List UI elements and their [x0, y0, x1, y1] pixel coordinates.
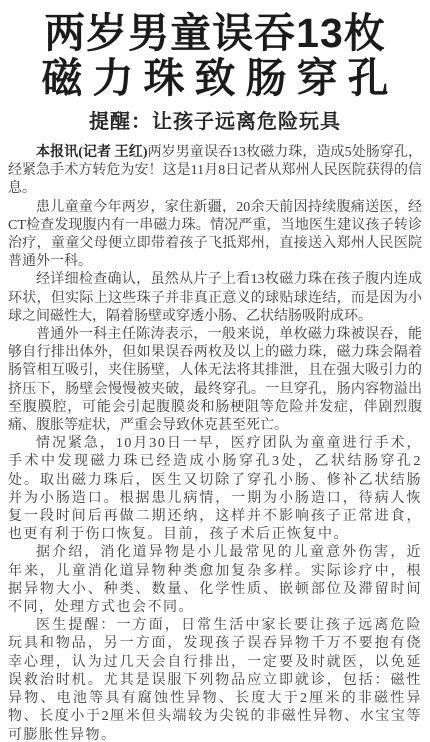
article-paragraph-2: 患儿童童今年两岁，家住新疆，20余天前因持续腹痛送医，经CT检查发现腹内有一串磁…	[8, 199, 422, 272]
article-paragraph-4: 普通外一科主任陈涛表示，一般来说，单枚磁力珠被误吞，能够自行排出体外，但如果误吞…	[8, 326, 422, 435]
article-paragraph-1: 本报讯(记者 王红)两岁男童误吞13枚磁力珠，造成5处肠穿孔，经紧急手术方转危为…	[8, 144, 422, 199]
headline-line-1: 两岁男童误吞13枚	[0, 11, 430, 56]
byline: 本报讯(记者 王红)	[36, 145, 148, 160]
article-paragraph-3: 经详细检查确认，虽然从片子上看13枚磁力珠在孩子腹内连成环状，但实际上这些珠子并…	[8, 271, 422, 326]
article-headline: 两岁男童误吞13枚 磁力珠致肠穿孔	[0, 0, 430, 101]
headline-line-2: 磁力珠致肠穿孔	[0, 56, 430, 101]
article-subtitle: 提醒：让孩子远离危险玩具	[0, 109, 430, 135]
article-paragraph-5: 情况紧急，10月30日一早，医疗团队为童童进行手术，手术中发现磁力珠已经造成小肠…	[8, 435, 422, 544]
article-body: 本报讯(记者 王红)两岁男童误吞13枚磁力珠，造成5处肠穿孔，经紧急手术方转危为…	[0, 144, 430, 742]
newspaper-article-page: 两岁男童误吞13枚 磁力珠致肠穿孔 提醒：让孩子远离危险玩具 本报讯(记者 王红…	[0, 0, 430, 742]
article-paragraph-7: 医生提醒：一方面，日常生活中家长要让孩子远离危险玩具和物品，另一方面，发现孩子误…	[8, 617, 422, 742]
article-paragraph-6: 据介绍，消化道异物是小儿最常见的儿童意外伤害，近年来，儿童消化道异物种类愈加复杂…	[8, 544, 422, 617]
